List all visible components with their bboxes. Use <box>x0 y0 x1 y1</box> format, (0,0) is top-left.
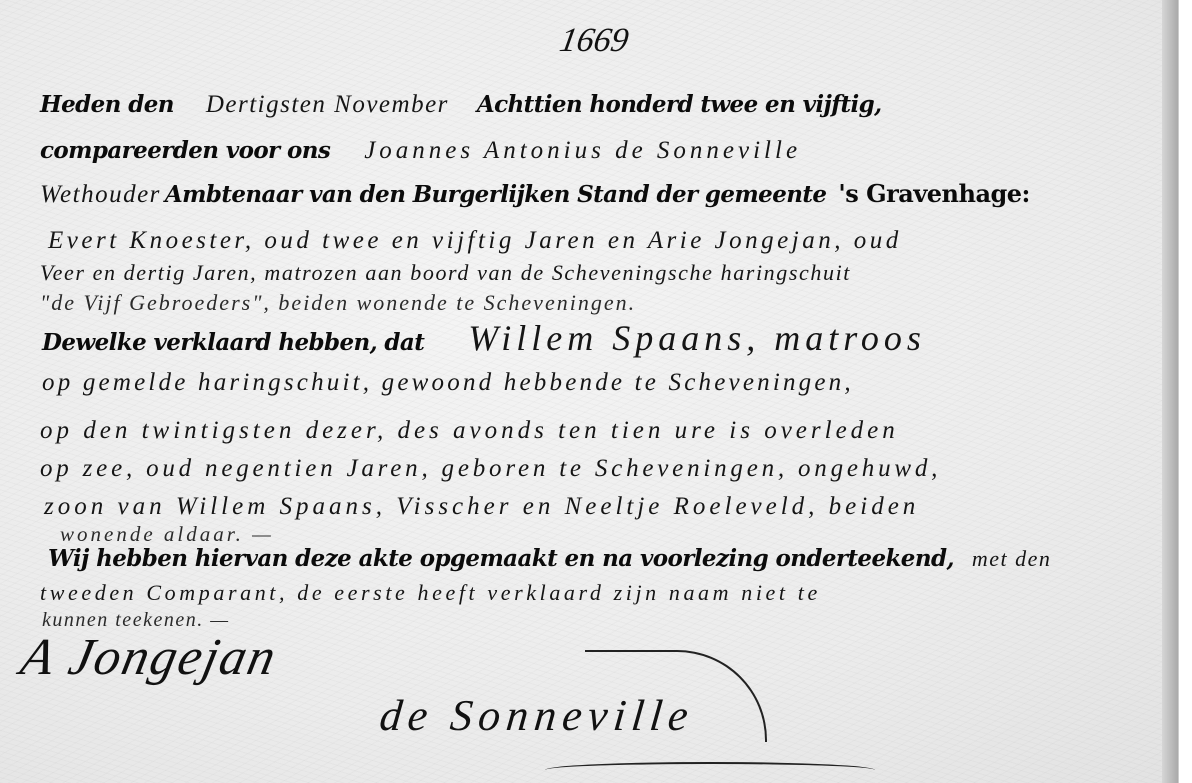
printed-text: Dewelke verklaard hebben, dat <box>42 329 424 356</box>
handwritten-official-name: Joannes Antonius de Sonneville <box>364 137 801 164</box>
printed-text: compareerden voor ons <box>40 137 330 164</box>
text-line-11: zoon van Willem Spaans, Visscher en Neel… <box>44 494 919 519</box>
text-line-10: op zee, oud negentien Jaren, geboren te … <box>40 456 941 481</box>
text-line-6: "de Vijf Gebroeders", beiden wonende te … <box>40 292 636 314</box>
text-line-14: tweeden Comparant, de eerste heeft verkl… <box>40 582 821 604</box>
text-line-2: compareerden voor ons Joannes Antonius d… <box>40 138 801 163</box>
scanned-document-page: 1669 Heden den Dertigsten November Achtt… <box>0 0 1192 783</box>
text-line-9: op den twintigsten dezer, des avonds ten… <box>40 418 899 443</box>
text-line-5: Veer en dertig Jaren, matrozen aan boord… <box>40 262 851 284</box>
handwritten-date: Dertigsten November <box>206 91 449 118</box>
municipality-name: 's Gravenhage: <box>838 179 1029 208</box>
text-line-8: op gemelde haringschuit, gewoond hebbend… <box>42 370 854 395</box>
signature-underline <box>545 762 875 778</box>
text-line-4: Evert Knoester, oud twee en vijftig Jare… <box>48 228 902 253</box>
text-line-13: Wij hebben hiervan deze akte opgemaakt e… <box>48 547 1051 570</box>
handwritten-text: met den <box>972 546 1052 571</box>
handwritten-title: Wethouder <box>40 181 161 208</box>
printed-text: Ambtenaar van den Burgerlijken Stand der… <box>165 181 827 208</box>
text-line-1: Heden den Dertigsten November Achttien h… <box>40 92 882 117</box>
text-line-15: kunnen teekenen. — <box>42 610 229 630</box>
register-number: 1669 <box>557 22 632 60</box>
text-line-12: wonende aldaar. — <box>60 524 274 545</box>
handwritten-deceased-name: Willem Spaans, matroos <box>468 318 926 358</box>
text-line-7: Dewelke verklaard hebben, dat Willem Spa… <box>42 320 926 356</box>
printed-text: Achttien honderd twee en vijftig, <box>477 91 882 118</box>
witness-signature: A Jongejan <box>16 628 283 687</box>
page-edge <box>1162 0 1192 783</box>
printed-text: Wij hebben hiervan deze akte opgemaakt e… <box>48 545 954 572</box>
text-line-3: Wethouder Ambtenaar van den Burgerlijken… <box>40 182 1030 207</box>
printed-text: Heden den <box>40 91 174 118</box>
official-signature: de Sonneville <box>377 690 696 741</box>
